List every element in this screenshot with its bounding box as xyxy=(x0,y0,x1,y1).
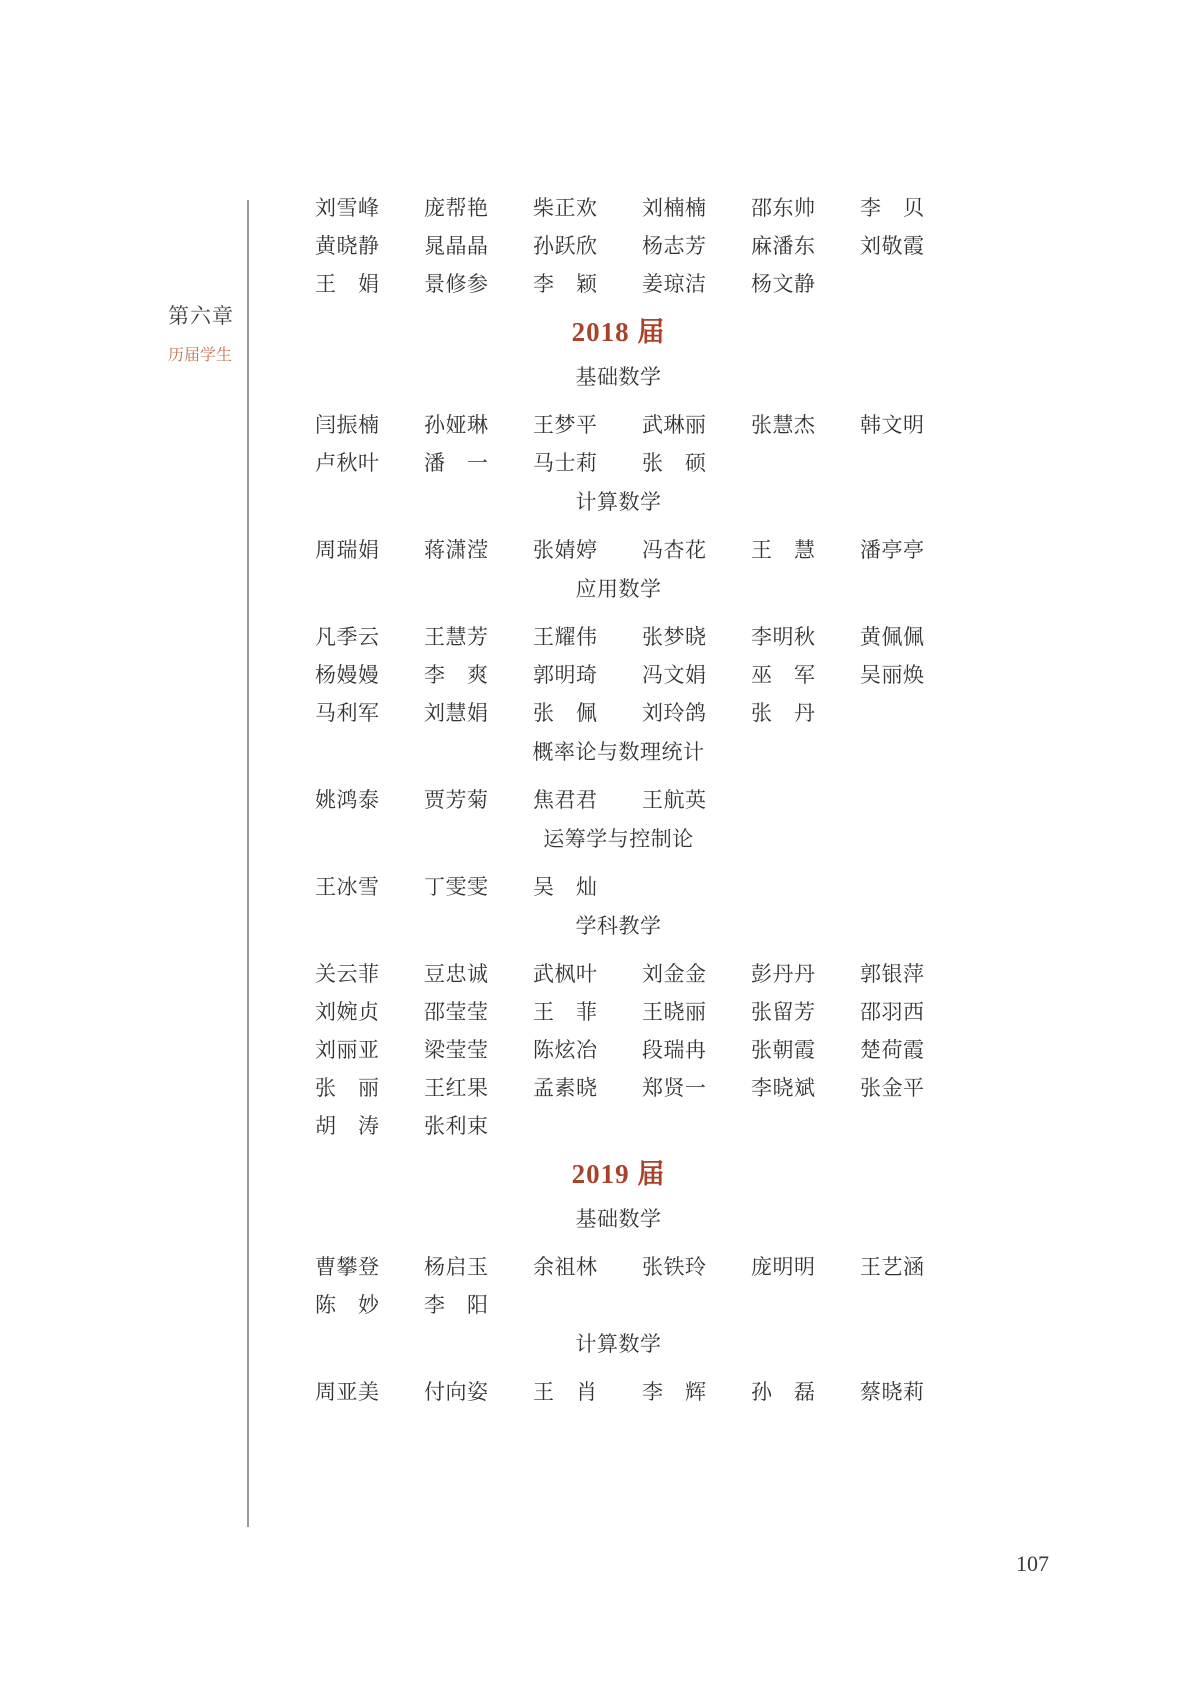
student-name-row: 周瑞娟蒋潇滢张婧婷冯杏花王 慧潘亭亭 xyxy=(315,530,975,568)
chapter-subtitle: 历届学生 xyxy=(168,342,244,365)
student-name: 孟素晓 xyxy=(533,1072,642,1102)
student-name: 孙娅琳 xyxy=(424,409,533,439)
student-name: 付向姿 xyxy=(424,1376,533,1406)
student-name: 刘玲鸽 xyxy=(642,697,751,727)
student-name: 柴正欢 xyxy=(533,192,642,222)
student-name: 蒋潇滢 xyxy=(424,534,533,564)
student-name: 潘亭亭 xyxy=(860,534,969,564)
page-number: 107 xyxy=(1016,1551,1049,1577)
student-name: 冯文娟 xyxy=(642,659,751,689)
student-name: 刘婉贞 xyxy=(315,996,424,1026)
student-name: 张婧婷 xyxy=(533,534,642,564)
student-name: 王 慧 xyxy=(751,534,860,564)
student-name: 闫振楠 xyxy=(315,409,424,439)
major-heading: 计算数学 xyxy=(315,487,922,517)
student-name: 邵羽西 xyxy=(860,996,969,1026)
student-name: 彭丹丹 xyxy=(751,958,860,988)
student-name: 王 娟 xyxy=(315,268,424,298)
student-name: 陈 妙 xyxy=(315,1289,424,1319)
student-name-row: 凡季云王慧芳王耀伟张梦晓李明秋黄佩佩 xyxy=(315,617,975,655)
student-name: 蔡晓莉 xyxy=(860,1376,969,1406)
major-heading: 基础数学 xyxy=(315,362,922,392)
student-name-row: 马利军刘慧娟张 佩刘玲鸽张 丹 xyxy=(315,693,975,731)
student-name: 李 辉 xyxy=(642,1376,751,1406)
student-name: 杨志芳 xyxy=(642,230,751,260)
student-name: 张 丽 xyxy=(315,1072,424,1102)
student-name: 邵莹莹 xyxy=(424,996,533,1026)
student-name: 胡 涛 xyxy=(315,1110,424,1140)
student-name: 王 菲 xyxy=(533,996,642,1026)
student-name: 王慧芳 xyxy=(424,621,533,651)
student-name: 余祖林 xyxy=(533,1251,642,1281)
student-name: 焦君君 xyxy=(533,784,642,814)
student-name: 郑贤一 xyxy=(642,1072,751,1102)
student-name: 吴丽焕 xyxy=(860,659,969,689)
student-name: 麻潘东 xyxy=(751,230,860,260)
year-heading: 2018 届 xyxy=(315,316,922,348)
student-name: 孙跃欣 xyxy=(533,230,642,260)
student-name: 李 爽 xyxy=(424,659,533,689)
student-name: 李 阳 xyxy=(424,1289,533,1319)
student-name: 贾芳菊 xyxy=(424,784,533,814)
major-heading: 概率论与数理统计 xyxy=(315,737,922,767)
year-heading: 2019 届 xyxy=(315,1158,922,1190)
student-name-row: 张 丽王红果孟素晓郑贤一李晓斌张金平 xyxy=(315,1068,975,1106)
major-heading: 应用数学 xyxy=(315,574,922,604)
student-name: 刘楠楠 xyxy=(642,192,751,222)
student-name: 郭明琦 xyxy=(533,659,642,689)
student-name: 李 颖 xyxy=(533,268,642,298)
student-name: 庞明明 xyxy=(751,1251,860,1281)
student-name-row: 曹攀登杨启玉余祖林张铁玲庞明明王艺涵 xyxy=(315,1247,975,1285)
student-name: 张慧杰 xyxy=(751,409,860,439)
student-name: 张朝霞 xyxy=(751,1034,860,1064)
student-name-row: 黄晓静晁晶晶孙跃欣杨志芳麻潘东刘敬霞 xyxy=(315,226,975,264)
student-name: 李明秋 xyxy=(751,621,860,651)
student-name: 武枫叶 xyxy=(533,958,642,988)
student-name: 王梦平 xyxy=(533,409,642,439)
student-name: 韩文明 xyxy=(860,409,969,439)
student-name: 杨嫚嫚 xyxy=(315,659,424,689)
year-sections: 2018 届基础数学闫振楠孙娅琳王梦平武琳丽张慧杰韩文明卢秋叶潘 一马士莉张 硕… xyxy=(315,316,975,1410)
student-name: 王冰雪 xyxy=(315,871,424,901)
student-name: 吴 灿 xyxy=(533,871,642,901)
student-name: 王红果 xyxy=(424,1072,533,1102)
student-name: 杨文静 xyxy=(751,268,860,298)
student-name: 张 佩 xyxy=(533,697,642,727)
student-name: 张利束 xyxy=(424,1110,533,1140)
student-name: 梁莹莹 xyxy=(424,1034,533,1064)
student-name-row: 周亚美付向姿王 肖李 辉孙 磊蔡晓莉 xyxy=(315,1372,975,1410)
chapter-sidebar: 第六章 历届学生 xyxy=(168,300,244,365)
student-name: 武琳丽 xyxy=(642,409,751,439)
student-name: 王晓丽 xyxy=(642,996,751,1026)
student-name-row: 刘婉贞邵莹莹王 菲王晓丽张留芳邵羽西 xyxy=(315,992,975,1030)
student-name: 王 肖 xyxy=(533,1376,642,1406)
student-name: 马利军 xyxy=(315,697,424,727)
student-name: 孙 磊 xyxy=(751,1376,860,1406)
student-name: 王耀伟 xyxy=(533,621,642,651)
student-name-row: 刘雪峰庞帮艳柴正欢刘楠楠邵东帅李 贝 xyxy=(315,188,975,226)
student-name-row: 王冰雪丁雯雯吴 灿 xyxy=(315,867,975,905)
student-name-row: 关云菲豆忠诚武枫叶刘金金彭丹丹郭银萍 xyxy=(315,954,975,992)
student-name: 周瑞娟 xyxy=(315,534,424,564)
major-heading: 计算数学 xyxy=(315,1329,922,1359)
major-heading: 基础数学 xyxy=(315,1204,922,1234)
student-name: 张留芳 xyxy=(751,996,860,1026)
student-name: 卢秋叶 xyxy=(315,447,424,477)
student-name-row: 胡 涛张利束 xyxy=(315,1106,975,1144)
student-name: 关云菲 xyxy=(315,958,424,988)
continuation-name-grid: 刘雪峰庞帮艳柴正欢刘楠楠邵东帅李 贝黄晓静晁晶晶孙跃欣杨志芳麻潘东刘敬霞王 娟景… xyxy=(315,188,975,302)
student-name: 王艺涵 xyxy=(860,1251,969,1281)
student-name: 刘雪峰 xyxy=(315,192,424,222)
student-name: 景修参 xyxy=(424,268,533,298)
student-name: 庞帮艳 xyxy=(424,192,533,222)
student-name: 郭银萍 xyxy=(860,958,969,988)
sidebar-divider-line xyxy=(247,200,249,1527)
student-name: 杨启玉 xyxy=(424,1251,533,1281)
student-name: 巫 军 xyxy=(751,659,860,689)
student-name: 凡季云 xyxy=(315,621,424,651)
student-name: 李 贝 xyxy=(860,192,969,222)
student-name: 刘慧娟 xyxy=(424,697,533,727)
student-name: 丁雯雯 xyxy=(424,871,533,901)
student-name: 冯杏花 xyxy=(642,534,751,564)
student-name: 黄晓静 xyxy=(315,230,424,260)
student-name: 周亚美 xyxy=(315,1376,424,1406)
student-name: 李晓斌 xyxy=(751,1072,860,1102)
student-name-row: 王 娟景修参李 颖姜琼洁杨文静 xyxy=(315,264,975,302)
student-name: 张 丹 xyxy=(751,697,860,727)
student-name-row: 卢秋叶潘 一马士莉张 硕 xyxy=(315,443,975,481)
student-name: 晁晶晶 xyxy=(424,230,533,260)
student-name: 马士莉 xyxy=(533,447,642,477)
page-content: 刘雪峰庞帮艳柴正欢刘楠楠邵东帅李 贝黄晓静晁晶晶孙跃欣杨志芳麻潘东刘敬霞王 娟景… xyxy=(315,188,975,1410)
student-name: 王航英 xyxy=(642,784,751,814)
student-name: 段瑞冉 xyxy=(642,1034,751,1064)
student-name: 豆忠诚 xyxy=(424,958,533,988)
student-name: 张梦晓 xyxy=(642,621,751,651)
student-name: 潘 一 xyxy=(424,447,533,477)
student-name-row: 姚鸿泰贾芳菊焦君君王航英 xyxy=(315,780,975,818)
student-name: 张 硕 xyxy=(642,447,751,477)
student-name: 刘敬霞 xyxy=(860,230,969,260)
student-name: 曹攀登 xyxy=(315,1251,424,1281)
student-name: 刘丽亚 xyxy=(315,1034,424,1064)
student-name-row: 刘丽亚梁莹莹陈炫冶段瑞冉张朝霞楚荷霞 xyxy=(315,1030,975,1068)
chapter-title: 第六章 xyxy=(168,300,244,330)
student-name: 黄佩佩 xyxy=(860,621,969,651)
student-name-row: 陈 妙李 阳 xyxy=(315,1285,975,1323)
student-name: 姚鸿泰 xyxy=(315,784,424,814)
student-name: 姜琼洁 xyxy=(642,268,751,298)
student-name-row: 杨嫚嫚李 爽郭明琦冯文娟巫 军吴丽焕 xyxy=(315,655,975,693)
student-name: 张金平 xyxy=(860,1072,969,1102)
student-name-row: 闫振楠孙娅琳王梦平武琳丽张慧杰韩文明 xyxy=(315,405,975,443)
student-name: 刘金金 xyxy=(642,958,751,988)
student-name: 楚荷霞 xyxy=(860,1034,969,1064)
document-page: 第六章 历届学生 刘雪峰庞帮艳柴正欢刘楠楠邵东帅李 贝黄晓静晁晶晶孙跃欣杨志芳麻… xyxy=(0,0,1190,1684)
student-name: 邵东帅 xyxy=(751,192,860,222)
student-name: 张铁玲 xyxy=(642,1251,751,1281)
major-heading: 运筹学与控制论 xyxy=(315,824,922,854)
student-name: 陈炫冶 xyxy=(533,1034,642,1064)
major-heading: 学科教学 xyxy=(315,911,922,941)
